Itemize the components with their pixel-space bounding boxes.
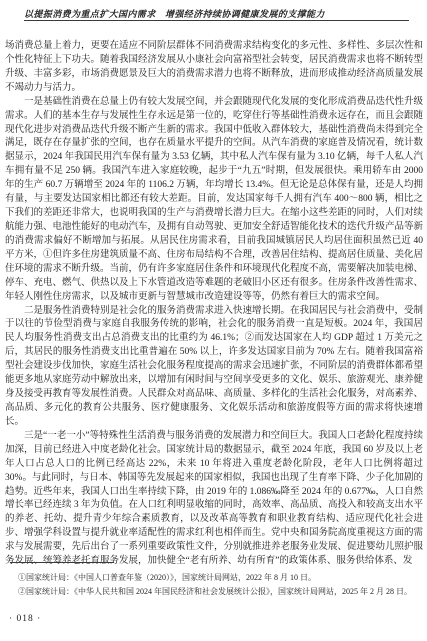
running-head-title: 以提振消费为重点扩大国内需求 增强经济持续协调健康发展的支撑能力 [24, 7, 409, 20]
book-page: 以提振消费为重点扩大国内需求 增强经济持续协调健康发展的支撑能力 场消费总量上着… [0, 0, 427, 641]
footnotes: ①国家统计局：《中国人口普查年鉴（2020）》，国家统计局网站，2022 年 8… [5, 571, 419, 599]
body-paragraph: 二是服务性消费特别是社会化的服务消费需求进入快速增长期。在我国居民与社会消费中，… [5, 305, 423, 430]
body-paragraph: 场消费总量上着力，更要在适应不同阶层群体不同消费需求结构变化的多元性、多样性、多… [5, 40, 423, 96]
body-paragraph: 一是基础性消费在总量上仍有较大发展空间，并会跟随现代化发展的变化形成消费品迭代性… [5, 96, 423, 305]
body-text: 场消费总量上着力，更要在适应不同阶层群体不同消费需求结构变化的多元性、多样性、多… [5, 40, 423, 569]
body-paragraph: 三是“一老一小”等特殊性生活消费与服务消费的发展潜力和空间巨大。我国人口老龄化程… [5, 430, 423, 569]
footnote: ①国家统计局：《中国人口普查年鉴（2020）》，国家统计局网站，2022 年 8… [5, 571, 419, 585]
footnote: ②国家统计局：《中华人民共和国 2024 年国民经济和社会发展统计公报》，国家统… [5, 585, 419, 599]
header-rule [24, 20, 409, 21]
page-number: · 018 · [9, 614, 41, 624]
footnote-divider [10, 562, 114, 563]
